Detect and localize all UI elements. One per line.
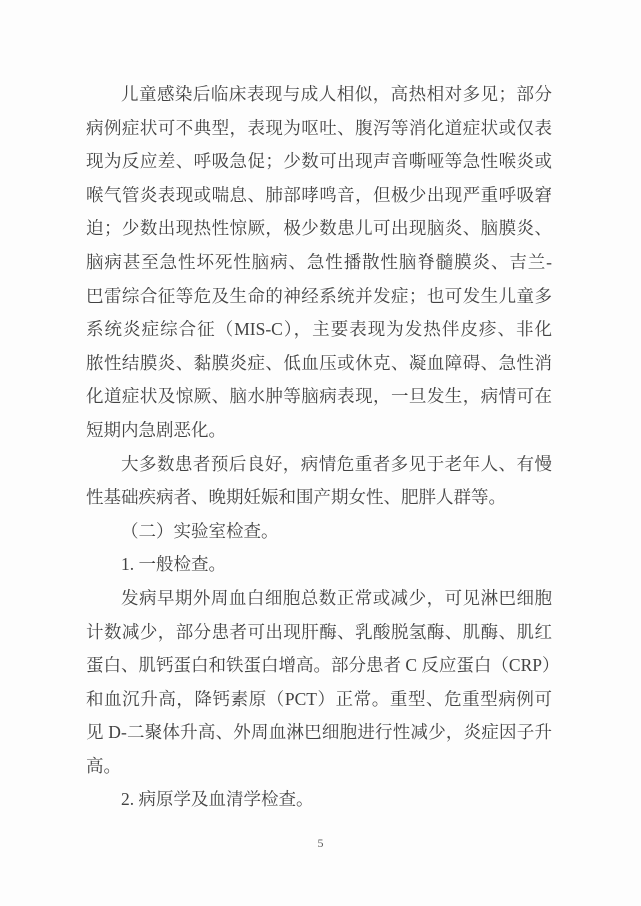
- text-line: （二）实验室检查。: [86, 515, 552, 549]
- text-line: 化道症状及惊厥、脑水肿等脑病表现，一旦发生，病情可在: [86, 380, 552, 414]
- text-line: 儿童感染后临床表现与成人相似，高热相对多见；部分: [86, 78, 552, 112]
- text-line: 喉气管炎表现或喘息、肺部哮鸣音，但极少出现严重呼吸窘: [86, 179, 552, 213]
- document-body: 儿童感染后临床表现与成人相似，高热相对多见；部分病例症状可不典型，表现为呕吐、腹…: [86, 78, 552, 817]
- text-line: 1. 一般检查。: [86, 548, 552, 582]
- text-line: 2. 病原学及血清学检查。: [86, 783, 552, 817]
- text-line: 和血沉升高，降钙素原（PCT）正常。重型、危重型病例可: [86, 683, 552, 717]
- text-line: 见 D-二聚体升高、外周血淋巴细胞进行性减少，炎症因子升: [86, 716, 552, 750]
- text-line: 迫；少数出现热性惊厥，极少数患儿可出现脑炎、脑膜炎、: [86, 212, 552, 246]
- text-line: 蛋白、肌钙蛋白和铁蛋白增高。部分患者 C 反应蛋白（CRP）: [86, 649, 552, 683]
- text-line: 大多数患者预后良好，病情危重者多见于老年人、有慢: [86, 448, 552, 482]
- text-line: 高。: [86, 750, 552, 784]
- text-line: 巴雷综合征等危及生命的神经系统并发症；也可发生儿童多: [86, 280, 552, 314]
- text-line: 发病早期外周血白细胞总数正常或减少，可见淋巴细胞: [86, 582, 552, 616]
- text-line: 现为反应差、呼吸急促；少数可出现声音嘶哑等急性喉炎或: [86, 145, 552, 179]
- text-line: 计数减少，部分患者可出现肝酶、乳酸脱氢酶、肌酶、肌红: [86, 616, 552, 650]
- text-line: 短期内急剧恶化。: [86, 414, 552, 448]
- document-page: 儿童感染后临床表现与成人相似，高热相对多见；部分病例症状可不典型，表现为呕吐、腹…: [0, 0, 641, 906]
- text-line: 病例症状可不典型，表现为呕吐、腹泻等消化道症状或仅表: [86, 112, 552, 146]
- text-line: 性基础疾病者、晚期妊娠和围产期女性、肥胖人群等。: [86, 481, 552, 515]
- page-number: 5: [0, 836, 641, 851]
- text-line: 脑病甚至急性坏死性脑病、急性播散性脑脊髓膜炎、吉兰-: [86, 246, 552, 280]
- text-line: 脓性结膜炎、黏膜炎症、低血压或休克、凝血障碍、急性消: [86, 347, 552, 381]
- text-line: 系统炎症综合征（MIS-C），主要表现为发热伴皮疹、非化: [86, 313, 552, 347]
